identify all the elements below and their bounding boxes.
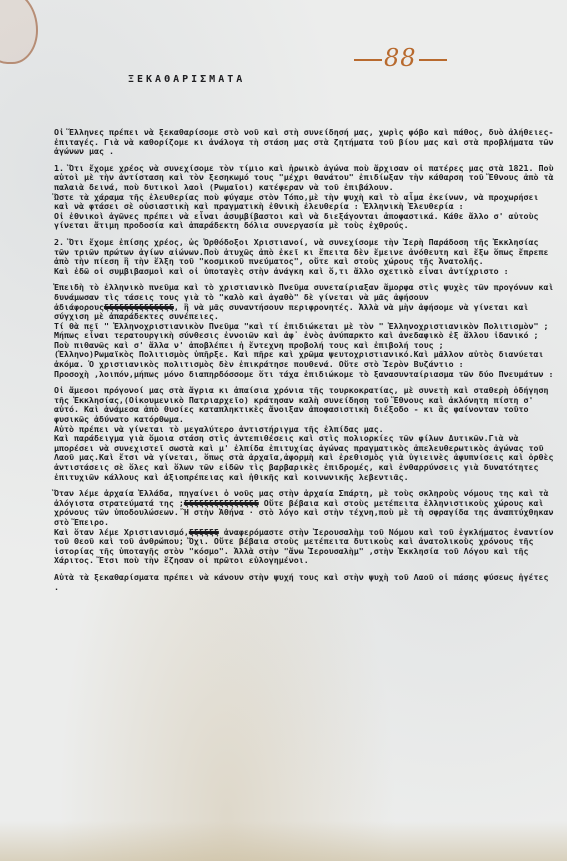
handwritten-page-number: 88 bbox=[352, 44, 449, 72]
document-title: ΞΕΚΑΘΑΡΙΣΜΑΤΑ bbox=[128, 74, 245, 85]
paragraph-point-1b: Ὥστε τὰ χάραμα τῆς ἐλευθερίας ποὺ φύγαμε… bbox=[54, 193, 554, 212]
paragraph-text: Οἱ ἐθνικοὶ ἀγῶνες πρέπει νὰ εἶναι ἀσυμβί… bbox=[54, 211, 539, 231]
paragraph-civilization: (Ἑλληνο)Ρωμαϊκὸς Πολιτισμὸς ὑπῆρξε. Καὶ … bbox=[54, 350, 554, 369]
paragraph-example: Καὶ παράδειγμα γιὰ ὅμοια στάση στὶς ἀντε… bbox=[54, 434, 554, 482]
paragraph-point-1: 1. Ὅτι ἔχομε χρέος νὰ συνεχίσομε τὸν τίμ… bbox=[54, 164, 554, 193]
paragraph-ancestors: Οἱ ἄμεσοι πρόγονοί μας στὰ ἄγρια κι ἀπαί… bbox=[54, 386, 554, 424]
struck-out-text: ξξξξξξξξξξξξξξ bbox=[104, 302, 174, 312]
paragraph-text: 1. Ὅτι ἔχομε χρέος νὰ συνεχίσομε τὸν τίμ… bbox=[54, 163, 554, 192]
document-body: Οἱ Ἕλληνες πρέπει νὰ ξεκαθαρίσομε στὸ νο… bbox=[54, 128, 554, 599]
paragraph-text: Οἱ ἄμεσοι πρόγονοί μας στὰ ἄγρια κι ἀπαί… bbox=[54, 385, 549, 424]
paragraph-text: Καὶ ἐδῶ οἱ συμβιβασμοὶ καὶ οἱ ὑποταγὲς σ… bbox=[54, 266, 509, 276]
paragraph-text: Οἱ Ἕλληνες πρέπει νὰ ξεκαθαρίσομε στὸ νο… bbox=[54, 127, 554, 156]
paragraph-text: 2. Ὅτι ἔχομε ἐπίσης χρέος, ὡς Ὀρθόδοξοι … bbox=[54, 237, 549, 266]
paper-fold-shadow bbox=[0, 821, 567, 861]
paragraph-ancient-greece: Ὅταν λέμε ἀρχαία Ἑλλάδα, πηγαίνει ὁ νοῦς… bbox=[54, 489, 554, 527]
paragraph-text: Αὐτὰ τὰ ξεκαθαρίσματα πρέπει νὰ κάνουν σ… bbox=[54, 572, 549, 592]
paragraph-text: (Ἑλληνο)Ρωμαϊκὸς Πολιτισμὸς ὑπῆρξε. Καὶ … bbox=[54, 349, 544, 369]
paragraph-text: Καὶ ὅταν λέμε Χριστιανισμό, bbox=[54, 527, 189, 537]
paragraph-question: Τί θὰ πεῖ " Ἑλληνοχριστιανικὸν Πνεῦμα "κ… bbox=[54, 322, 554, 351]
struck-out-text: ξξξξξξ bbox=[189, 527, 219, 537]
paragraph-text: Καὶ παράδειγμα γιὰ ὅμοια στάση στὶς ἀντε… bbox=[54, 433, 554, 481]
paragraph-text: Αὐτὸ πρέπει νὰ γίνεται τὸ μεγαλύτερο ἀντ… bbox=[54, 424, 384, 434]
paragraph-intro: Οἱ Ἕλληνες πρέπει νὰ ξεκαθαρίσομε στὸ νο… bbox=[54, 128, 554, 157]
paragraph-caution: Προσοχὴ ,λοιπόν,μήπως μόνο διαπηρδόσσομε… bbox=[54, 370, 554, 380]
paragraph-closing: Αὐτὰ τὰ ξεκαθαρίσματα πρέπει νὰ κάνουν σ… bbox=[54, 573, 554, 592]
paragraph-christianity: Καὶ ὅταν λέμε Χριστιανισμό,ξξξξξξ ἀναφερ… bbox=[54, 528, 554, 566]
paper-stain bbox=[0, 0, 38, 64]
document-page: 88 ΞΕΚΑΘΑΡΙΣΜΑΤΑ Οἱ Ἕλληνες πρέπει νὰ ξε… bbox=[0, 0, 567, 861]
paragraph-text: Προσοχὴ ,λοιπόν,μήπως μόνο διαπηρδόσσομε… bbox=[54, 369, 554, 379]
paragraph-text: Ὥστε τὰ χάραμα τῆς ἐλευθερίας ποὺ φύγαμε… bbox=[54, 192, 539, 212]
struck-out-text: ξξξξξξξξξξξξξξξ bbox=[184, 498, 259, 508]
paragraph-point-1c: Οἱ ἐθνικοὶ ἀγῶνες πρέπει νὰ εἶναι ἀσυμβί… bbox=[54, 212, 554, 231]
paragraph-point-2b: Καὶ ἐδῶ οἱ συμβιβασμοὶ καὶ οἱ ὑποταγὲς σ… bbox=[54, 267, 554, 277]
paragraph-spirit: Ἐπειδὴ τὸ ἑλληνικὸ πνεῦμα καὶ τὸ χριστια… bbox=[54, 283, 554, 321]
paragraph-text: Τί θὰ πεῖ " Ἑλληνοχριστιανικὸν Πνεῦμα "κ… bbox=[54, 321, 549, 350]
paragraph-point-2: 2. Ὅτι ἔχομε ἐπίσης χρέος, ὡς Ὀρθόδοξοι … bbox=[54, 238, 554, 267]
